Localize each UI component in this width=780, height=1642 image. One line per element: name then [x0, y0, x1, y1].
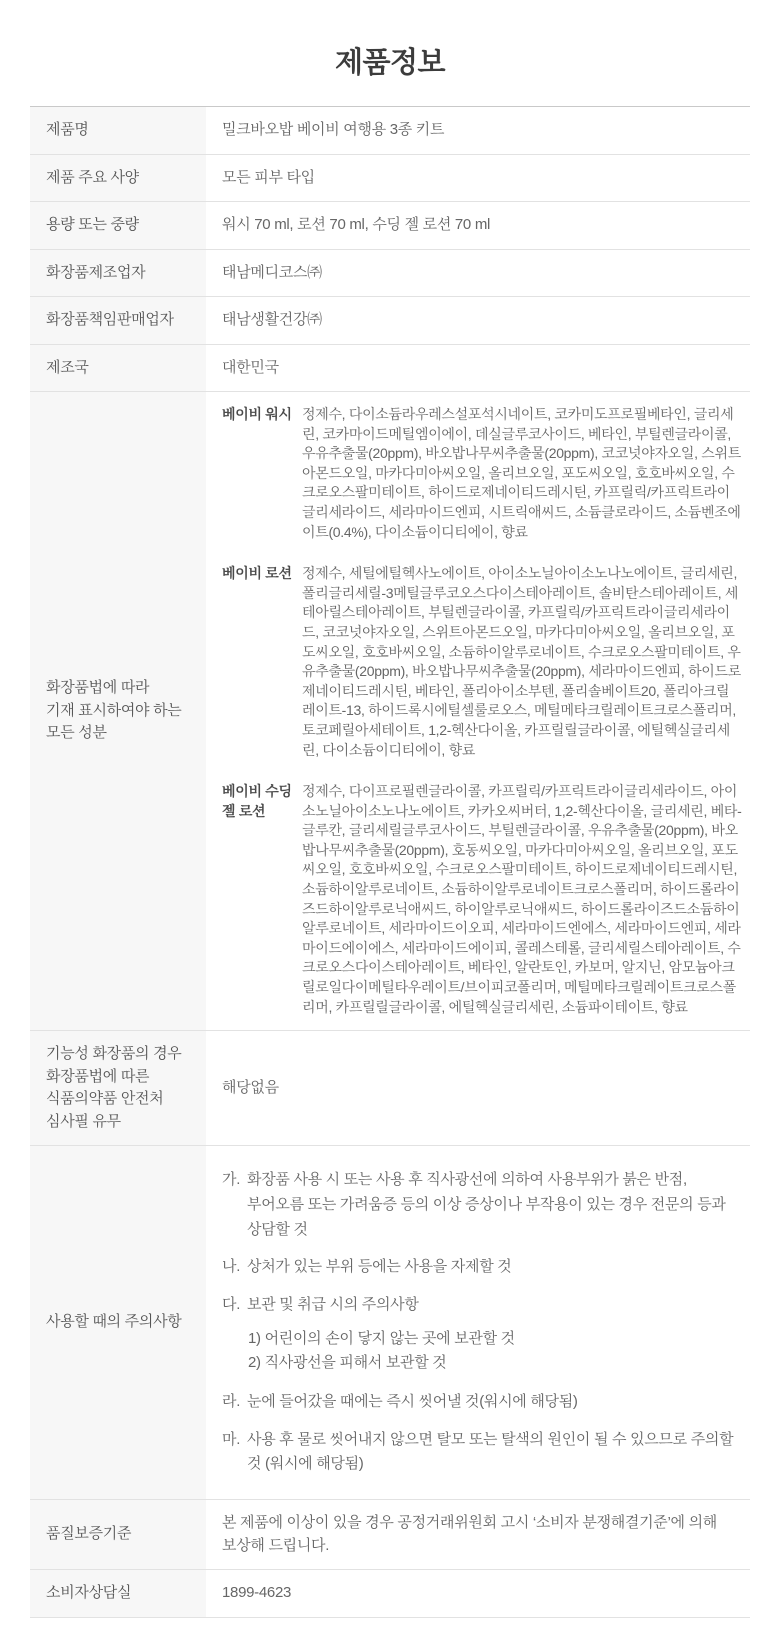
row-value: 대한민국	[206, 345, 750, 392]
row-value: 태남메디코스㈜	[206, 250, 750, 297]
precaution-marker: 다.	[222, 1293, 247, 1318]
ingredient-block-baby-soothing-gel-lotion: 베이비 수딩 젤 로션 정제수, 다이프로필렌글라이콜, 카프릴릭/카프릭트라이…	[222, 782, 742, 1017]
row-value: 본 제품에 이상이 있을 경우 공정거래위원회 고시 ‘소비자 분쟁해결기준’에…	[206, 1500, 750, 1569]
row-customer-service: 소비자상담실 1899-4623	[30, 1570, 750, 1618]
row-value: 워시 70 ml, 로션 70 ml, 수딩 젤 로션 70 ml	[206, 202, 750, 249]
ingredient-text: 정제수, 세틸에틸헥사노에이트, 아이소노닐아이소노나노에이트, 글리세린, 폴…	[302, 564, 742, 760]
row-precautions: 사용할 때의 주의사항 가. 화장품 사용 시 또는 사용 후 직사광선에 의하…	[30, 1146, 750, 1500]
precaution-item: 다. 보관 및 취급 시의 주의사항	[222, 1293, 742, 1318]
precaution-marker: 가.	[222, 1168, 247, 1242]
precaution-text: 보관 및 취급 시의 주의사항	[247, 1293, 742, 1318]
row-label: 제조국	[30, 345, 206, 392]
row-warranty: 품질보증기준 본 제품에 이상이 있을 경우 공정거래위원회 고시 ‘소비자 분…	[30, 1500, 750, 1570]
customer-service-phone: 1899-4623	[206, 1570, 750, 1617]
row-country: 제조국 대한민국	[30, 345, 750, 393]
precaution-item: 라. 눈에 들어갔을 때에는 즉시 씻어낼 것(워시에 해당됨)	[222, 1390, 742, 1415]
row-seller: 화장품책임판매업자 태남생활건강㈜	[30, 297, 750, 345]
row-label: 기능성 화장품의 경우 화장품법에 따른 식품의약품 안전처 심사필 유무	[30, 1031, 206, 1145]
row-label: 소비자상담실	[30, 1570, 206, 1617]
row-label: 화장품제조업자	[30, 250, 206, 297]
row-label: 품질보증기준	[30, 1500, 206, 1569]
ingredient-product-name: 베이비 로션	[222, 564, 302, 760]
ingredient-text: 정제수, 다이프로필렌글라이콜, 카프릴릭/카프릭트라이글리세라이드, 아이소노…	[302, 782, 742, 1017]
row-product-name: 제품명 밀크바오밥 베이비 여행용 3종 키트	[30, 107, 750, 155]
precaution-marker: 라.	[222, 1390, 247, 1415]
precaution-text: 눈에 들어갔을 때에는 즉시 씻어낼 것(워시에 해당됨)	[247, 1390, 742, 1415]
row-label: 제품 주요 사양	[30, 155, 206, 202]
row-label: 제품명	[30, 107, 206, 154]
row-label: 용량 또는 중량	[30, 202, 206, 249]
row-value: 모든 피부 타입	[206, 155, 750, 202]
precaution-item: 나. 상처가 있는 부위 등에는 사용을 자제할 것	[222, 1255, 742, 1280]
page-title: 제품정보	[0, 40, 780, 81]
row-value: 해당없음	[206, 1031, 750, 1145]
row-volume: 용량 또는 중량 워시 70 ml, 로션 70 ml, 수딩 젤 로션 70 …	[30, 202, 750, 250]
precautions-list: 가. 화장품 사용 시 또는 사용 후 직사광선에 의하여 사용부위가 붉은 반…	[206, 1146, 750, 1499]
ingredient-product-name: 베이비 워시	[222, 405, 302, 542]
row-spec: 제품 주요 사양 모든 피부 타입	[30, 155, 750, 203]
row-label: 사용할 때의 주의사항	[30, 1146, 206, 1499]
row-value: 밀크바오밥 베이비 여행용 3종 키트	[206, 107, 750, 154]
ingredient-product-name: 베이비 수딩 젤 로션	[222, 782, 302, 1017]
ingredients-list: 베이비 워시 정제수, 다이소듐라우레스설포석시네이트, 코카미도프로필베타인,…	[206, 392, 750, 1030]
row-manufacturer: 화장품제조업자 태남메디코스㈜	[30, 250, 750, 298]
precaution-marker: 마.	[222, 1428, 247, 1478]
precaution-text: 상처가 있는 부위 등에는 사용을 자제할 것	[247, 1255, 742, 1280]
warranty-text: 본 제품에 이상이 있을 경우 공정거래위원회 고시 ‘소비자 분쟁해결기준’에…	[222, 1512, 742, 1557]
row-ingredients: 화장품법에 따라 기재 표시하여야 하는 모든 성분 베이비 워시 정제수, 다…	[30, 392, 750, 1031]
row-functional-review: 기능성 화장품의 경우 화장품법에 따른 식품의약품 안전처 심사필 유무 해당…	[30, 1031, 750, 1146]
ingredient-block-baby-lotion: 베이비 로션 정제수, 세틸에틸헥사노에이트, 아이소노닐아이소노나노에이트, …	[222, 564, 742, 760]
row-label: 화장품법에 따라 기재 표시하여야 하는 모든 성분	[30, 392, 206, 1030]
precaution-item: 마. 사용 후 물로 씻어내지 않으면 탈모 또는 탈색의 원인이 될 수 있으…	[222, 1428, 742, 1478]
precaution-marker: 나.	[222, 1255, 247, 1280]
precaution-text: 사용 후 물로 씻어내지 않으면 탈모 또는 탈색의 원인이 될 수 있으므로 …	[247, 1428, 742, 1478]
precaution-subitem: 2) 직사광선을 피해서 보관할 것	[248, 1352, 742, 1375]
precaution-subitem: 1) 어린이의 손이 닿지 않는 곳에 보관할 것	[248, 1328, 742, 1351]
product-info-page: 제품정보 제품명 밀크바오밥 베이비 여행용 3종 키트 제품 주요 사양 모든…	[0, 40, 780, 1642]
row-value: 태남생활건강㈜	[206, 297, 750, 344]
product-info-table: 제품명 밀크바오밥 베이비 여행용 3종 키트 제품 주요 사양 모든 피부 타…	[30, 106, 750, 1618]
precaution-item: 가. 화장품 사용 시 또는 사용 후 직사광선에 의하여 사용부위가 붉은 반…	[222, 1168, 742, 1242]
ingredient-text: 정제수, 다이소듐라우레스설포석시네이트, 코카미도프로필베타인, 글리세린, …	[302, 405, 742, 542]
row-label: 화장품책임판매업자	[30, 297, 206, 344]
ingredient-block-baby-wash: 베이비 워시 정제수, 다이소듐라우레스설포석시네이트, 코카미도프로필베타인,…	[222, 405, 742, 542]
precaution-text: 화장품 사용 시 또는 사용 후 직사광선에 의하여 사용부위가 붉은 반점, …	[247, 1168, 742, 1242]
precaution-sublist: 1) 어린이의 손이 닿지 않는 곳에 보관할 것 2) 직사광선을 피해서 보…	[248, 1328, 742, 1377]
